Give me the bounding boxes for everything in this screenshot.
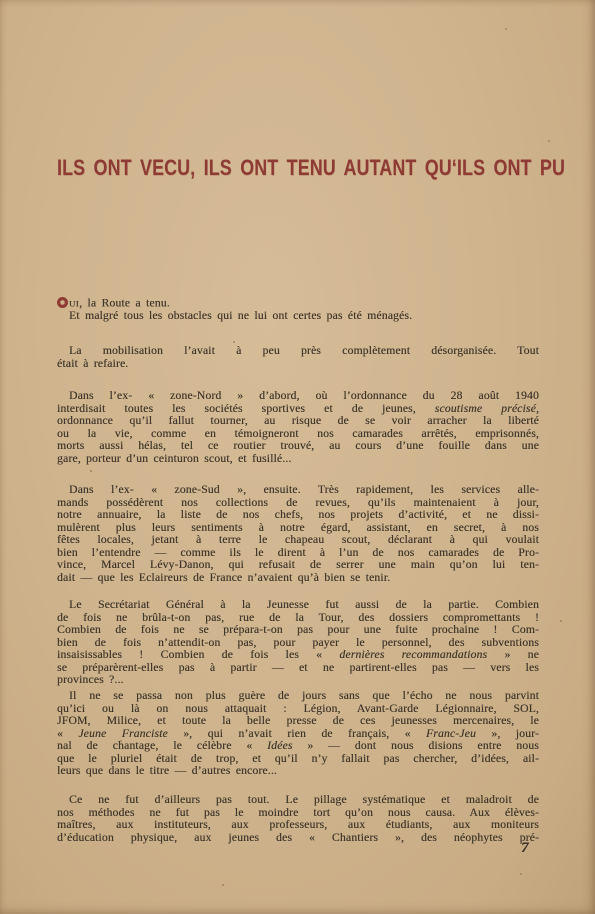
paper-speck	[505, 28, 507, 30]
text-line: vince, Marcel Lévy-Danon, qui refusait d…	[57, 559, 539, 572]
scanned-book-page: ILS ONT VECU, ILS ONT TENU AUTANT QU‘ILS…	[0, 0, 595, 914]
text-line: morts aussi hélas, tel ce routier trouvé…	[57, 440, 539, 453]
text-line: Le Secrétariat Général à la Jeunesse fut…	[57, 599, 539, 612]
chapter-title: ILS ONT VECU, ILS ONT TENU AUTANT QU‘ILS…	[57, 155, 565, 181]
paragraph: Le Secrétariat Général à la Jeunesse fut…	[57, 599, 539, 687]
text-line: Combien de fois ne se prépara-t-on pas p…	[57, 624, 539, 637]
paragraph: Il ne se passa non plus guère de jours s…	[57, 690, 539, 778]
text-line: ordonnance qu’il fallut tourner, au risq…	[57, 415, 539, 428]
text-line: leurs que dans le titre — d’autres encor…	[57, 765, 539, 778]
paragraph: Dans l’ex- « zone-Sud », ensuite. Très r…	[57, 484, 539, 584]
paper-speck	[233, 341, 235, 343]
paper-speck	[520, 873, 522, 875]
text-line: était à refaire.	[57, 358, 539, 371]
paper-speck	[222, 884, 224, 886]
drop-cap-o	[57, 297, 68, 308]
text-line: La mobilisation l’avait à peu près compl…	[57, 345, 539, 358]
text-line: insaisissables ! Combien de fois les « d…	[57, 649, 539, 662]
paper-speck	[90, 470, 92, 472]
text-line: provinces ?...	[57, 674, 539, 687]
text-line: dait — que les Eclaireurs de France n’av…	[57, 572, 539, 585]
lead-small-caps: ui	[69, 299, 79, 309]
text-line: maîtres, aux instituteurs, aux professeu…	[57, 819, 539, 832]
paper-speck	[548, 140, 550, 142]
text-line: nal de chantage, le célèbre « Idées » — …	[57, 740, 539, 753]
text-line: Ce ne fut d’ailleurs pas tout. Le pillag…	[57, 794, 539, 807]
paragraph: La mobilisation l’avait à peu près compl…	[57, 345, 539, 370]
text-line: notre annuaire, la liste de nos chefs, n…	[57, 509, 539, 522]
paper-speck	[560, 620, 562, 622]
text-line: Dans l’ex- « zone-Sud », ensuite. Très r…	[57, 484, 539, 497]
text-line: d’éducation physique, aux jeunes des « C…	[57, 832, 539, 845]
paragraph: Dans l’ex- « zone-Nord » d’abord, où l’o…	[57, 390, 539, 465]
text-line: se préparèrent-elles pas à partir — et n…	[57, 662, 539, 675]
paragraph: Ce ne fut d’ailleurs pas tout. Le pillag…	[57, 794, 539, 844]
text-line: Il ne se passa non plus guère de jours s…	[57, 690, 539, 703]
paragraph: ui, la Route a tenu.Et malgré tous les o…	[57, 297, 539, 323]
page-number: 7	[521, 840, 529, 857]
text-line: gare, porteur d’un ceinturon scout, et f…	[57, 453, 539, 466]
text-line: fêtes locales, jetant à terre le chapeau…	[57, 534, 539, 547]
text-line: Et malgré tous les obstacles qui ne lui …	[57, 310, 539, 323]
